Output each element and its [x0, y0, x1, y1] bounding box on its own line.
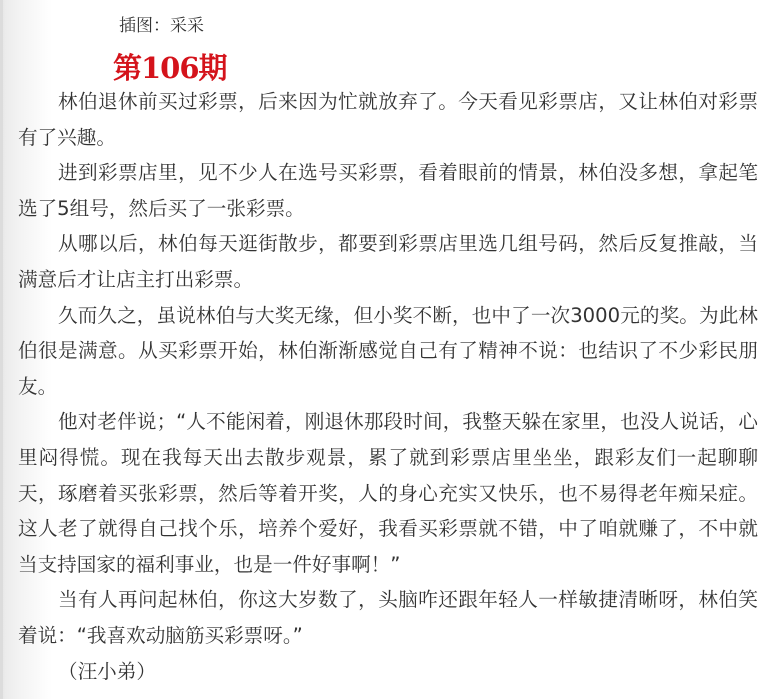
paragraph-5: 他对老伴说；“人不能闲着，刚退休那段时间，我整天躲在家里，也没人说话，心里闷得慌… — [18, 404, 758, 582]
article: 插图：采采 第106期 林伯退休前买过彩票，后来因为忙就放弃了。今天看见彩票店，… — [0, 0, 778, 699]
illustration-credit: 插图：采采 — [119, 14, 204, 38]
paragraph-2: 进到彩票店里，见不少人在选号买彩票，看着眼前的情景，林伯没多想，拿起笔选了5组号… — [18, 155, 758, 226]
author-signature: （汪小弟） — [18, 654, 758, 690]
paragraph-6: 当有人再问起林伯，你这大岁数了，头脑咋还跟年轻人一样敏捷清晰呀，林伯笑着说：“我… — [18, 582, 758, 653]
paragraph-1: 林伯退休前买过彩票，后来因为忙就放弃了。今天看见彩票店，又让林伯对彩票有了兴趣。 — [18, 84, 758, 155]
article-body: 林伯退休前买过彩票，后来因为忙就放弃了。今天看见彩票店，又让林伯对彩票有了兴趣。… — [18, 84, 758, 689]
paragraph-4: 久而久之，虽说林伯与大奖无缘，但小奖不断，也中了一次3000元的奖。为此林伯很是… — [18, 298, 758, 405]
issue-number-heading: 第106期 — [113, 50, 227, 86]
paragraph-3: 从哪以后，林伯每天逛街散步，都要到彩票店里选几组号码，然后反复推敲，当满意后才让… — [18, 226, 758, 297]
